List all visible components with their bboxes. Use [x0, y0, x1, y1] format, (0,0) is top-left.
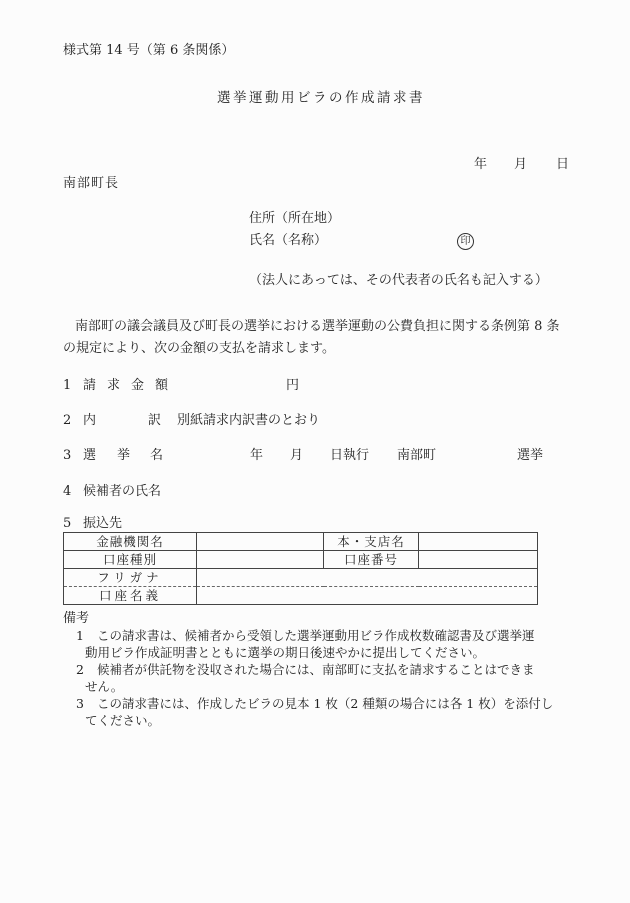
- remark-note-1: 1 この請求書は、候補者から受領した選挙運動用ビラ作成枚数確認書及び選挙運 動用…: [76, 627, 571, 661]
- label-char: 求: [107, 379, 120, 392]
- branch-name-field[interactable]: [419, 533, 538, 551]
- label-char: 金: [131, 379, 144, 392]
- date-month: 月: [514, 158, 527, 171]
- seal-icon: 印: [457, 233, 474, 250]
- note-line: せん。: [76, 678, 571, 695]
- note-number: 2: [76, 661, 84, 678]
- item-number: 1: [63, 379, 71, 392]
- note-line: 動用ビラ作成証明書とともに選挙の期日後速やかに提出してください。: [76, 644, 571, 661]
- label-char: 名: [150, 449, 163, 462]
- election-day-exec: 日執行: [330, 449, 369, 462]
- note-line: この請求書には、作成したビラの見本 1 枚（2 種類の場合には各 1 枚）を添付…: [76, 695, 571, 712]
- note-number: 1: [76, 627, 84, 644]
- item-number: 3: [63, 449, 71, 462]
- table-row: 口座種別 口座番号: [64, 551, 538, 569]
- address-label: 住所（所在地）: [249, 212, 340, 225]
- breakdown-value: 別紙請求内訳書のとおり: [177, 414, 320, 427]
- election-month: 月: [290, 449, 303, 462]
- item-number: 4: [63, 485, 71, 498]
- account-holder-label: 口座名義: [64, 587, 197, 605]
- form-number: 様式第 14 号（第 6 条関係）: [63, 44, 234, 57]
- bank-name-field[interactable]: [197, 533, 324, 551]
- remark-note-2: 2 候補者が供託物を没収された場合には、南部町に支払を請求することはできま せん…: [76, 661, 571, 695]
- body-text-line2: の規定により、次の金額の支払を請求します。: [63, 342, 335, 355]
- note-line: てください。: [76, 712, 571, 729]
- furigana-label: フリガナ: [64, 569, 197, 587]
- branch-name-label: 本・支店名: [324, 533, 419, 551]
- remarks-heading: 備考: [63, 612, 89, 625]
- table-row: フリガナ: [64, 569, 538, 587]
- candidate-name-label: 候補者の氏名: [83, 485, 161, 498]
- label-char: 内: [83, 414, 96, 427]
- label-char: 請: [83, 379, 96, 392]
- note-line: 候補者が供託物を没収された場合には、南部町に支払を請求することはできま: [76, 661, 571, 678]
- label-char: 訳: [148, 414, 161, 427]
- remark-note-3: 3 この請求書には、作成したビラの見本 1 枚（2 種類の場合には各 1 枚）を…: [76, 695, 571, 729]
- note-line: この請求書は、候補者から受領した選挙運動用ビラ作成枚数確認書及び選挙運: [76, 627, 571, 644]
- transfer-label: 振込先: [83, 517, 122, 530]
- date-day: 日: [556, 158, 569, 171]
- item-number: 2: [63, 414, 71, 427]
- note-number: 3: [76, 695, 84, 712]
- label-char: 額: [155, 379, 168, 392]
- bank-account-table: 金融機関名 本・支店名 口座種別 口座番号 フリガナ 口座名義: [63, 532, 538, 605]
- account-number-field[interactable]: [419, 551, 538, 569]
- furigana-field[interactable]: [197, 569, 538, 587]
- label-char: 選: [83, 449, 96, 462]
- election-year: 年: [250, 449, 263, 462]
- account-type-field[interactable]: [197, 551, 324, 569]
- table-row: 口座名義: [64, 587, 538, 605]
- addressee: 南部町長: [63, 177, 119, 190]
- account-number-label: 口座番号: [324, 551, 419, 569]
- election-town: 南部町: [397, 449, 436, 462]
- account-type-label: 口座種別: [64, 551, 197, 569]
- table-row: 金融機関名 本・支店名: [64, 533, 538, 551]
- corporate-note: （法人にあっては、その代表者の氏名も記入する）: [249, 274, 548, 287]
- body-text-line1: 南部町の議会議員及び町長の選挙における選挙運動の公費負担に関する条例第 8 条: [75, 320, 560, 333]
- name-label: 氏名（名称）: [249, 234, 327, 247]
- election-suffix: 選挙: [517, 449, 543, 462]
- label-char: 挙: [117, 449, 130, 462]
- bank-name-label: 金融機関名: [64, 533, 197, 551]
- item-number: 5: [63, 517, 71, 530]
- page-title: 選挙運動用ビラの作成請求書: [217, 92, 425, 106]
- yen-unit: 円: [286, 379, 299, 392]
- date-year: 年: [474, 158, 487, 171]
- account-holder-field[interactable]: [197, 587, 538, 605]
